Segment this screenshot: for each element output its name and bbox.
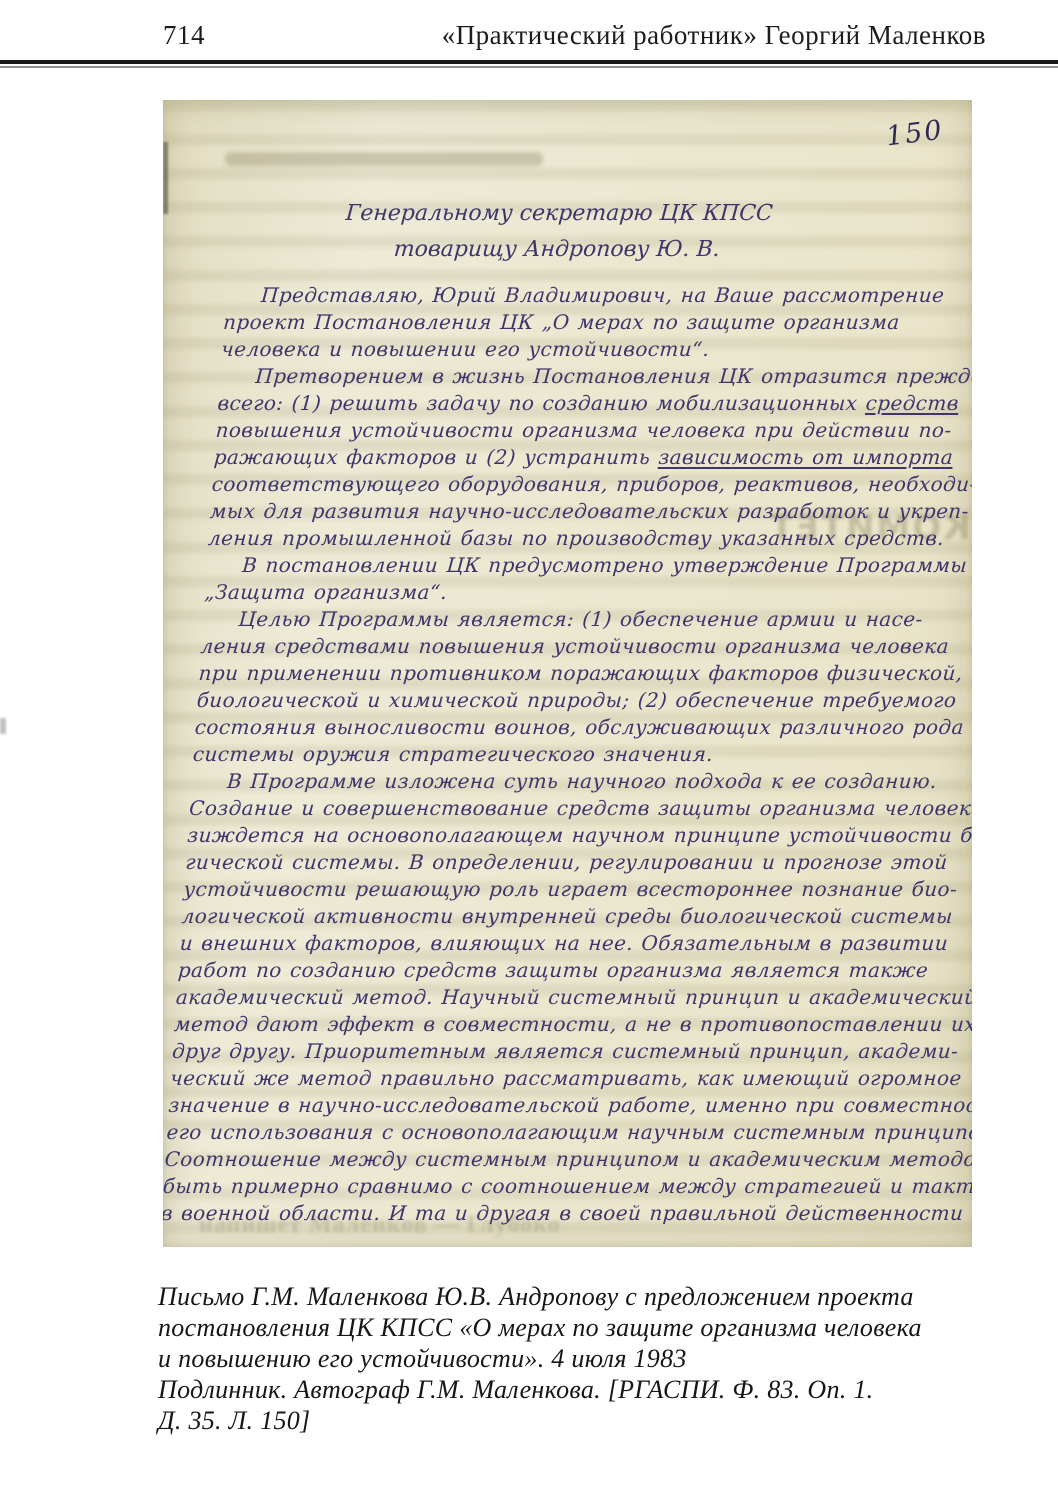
manuscript-line: Создание и совершенствование средств защ… bbox=[188, 795, 953, 822]
manuscript-line: биологической и химической природы; (2) … bbox=[196, 687, 961, 714]
manuscript-line: В постановлении ЦК предусмотрено утвержд… bbox=[205, 552, 970, 579]
manuscript-line: метод дают эффект в совместности, а не в… bbox=[173, 1011, 938, 1038]
manuscript-line: состояния выносливости воинов, обслужива… bbox=[194, 714, 959, 741]
manuscript-line: зиждется на основополагающем научном при… bbox=[186, 822, 951, 849]
manuscript-line: Претворением в жизнь Постановления ЦК от… bbox=[218, 363, 972, 390]
figure-caption: Письмо Г.М. Маленкова Ю.В. Андропову с п… bbox=[158, 1281, 1038, 1436]
manuscript-line: быть примерно сравнимо с соотношением ме… bbox=[163, 1173, 927, 1200]
address-line: товарищу Андропову Ю. В. bbox=[270, 232, 843, 268]
manuscript-line: ления средствами повышения устойчивости … bbox=[200, 633, 965, 660]
manuscript-line: всего: (1) решить задачу по созданию моб… bbox=[217, 390, 972, 417]
manuscript-line: логической активности внутренней среды б… bbox=[181, 903, 946, 930]
manuscript-line: устойчивости решающую роль играет всесто… bbox=[183, 876, 948, 903]
header-rule bbox=[0, 60, 1058, 70]
manuscript-line: мых для развития научно-исследовательски… bbox=[209, 498, 972, 525]
manuscript-line: при применении противником поражающих фа… bbox=[198, 660, 963, 687]
caption-line: Подлинник. Автограф Г.М. Маленкова. [РГА… bbox=[158, 1374, 1038, 1405]
caption-line: Д. 35. Л. 150] bbox=[158, 1405, 1038, 1436]
manuscript-line: системы оружия стратегического значения. bbox=[192, 741, 957, 768]
caption-line: Письмо Г.М. Маленкова Ю.В. Андропову с п… bbox=[158, 1281, 1038, 1312]
manuscript-photo: КОМИТЕТ напишет Маленков — Глубоко 150 Г… bbox=[163, 100, 972, 1247]
letter-address-block: Генеральному секретарю ЦК КПСС товарищу … bbox=[270, 196, 845, 268]
scan-edge-artifact bbox=[163, 142, 168, 214]
manuscript-line: повышения устойчивости организма человек… bbox=[215, 417, 972, 444]
page-number: 714 bbox=[163, 20, 205, 51]
manuscript-line: ления промышленной базы по производству … bbox=[207, 525, 972, 552]
manuscript-line: ражающих факторов и (2) устранить зависи… bbox=[213, 444, 972, 471]
manuscript-line: работ по созданию средств защиты организ… bbox=[177, 957, 942, 984]
caption-line: постановления ЦК КПСС «О мерах по защите… bbox=[158, 1312, 1038, 1343]
manuscript-line: и внешних факторов, влияющих на нее. Обя… bbox=[179, 930, 944, 957]
manuscript-line: друг другу. Приоритетным является систем… bbox=[171, 1038, 936, 1065]
manuscript-line: „Защита организма“. bbox=[203, 579, 968, 606]
manuscript-line: ческий же метод правильно рассматривать,… bbox=[169, 1065, 934, 1092]
manuscript-line: гической системы. В определении, регулир… bbox=[185, 849, 950, 876]
running-title: «Практический работник» Георгий Маленков bbox=[442, 20, 986, 51]
manuscript-line: Целью Программы является: (1) обеспечени… bbox=[201, 606, 966, 633]
manuscript-line: в военной области. И та и другая в своей… bbox=[163, 1200, 925, 1227]
manuscript-line: его использования с основополагающим нау… bbox=[166, 1119, 931, 1146]
bleed-through-smudge bbox=[225, 152, 543, 166]
manuscript-line: соответствующего оборудования, приборов,… bbox=[211, 471, 972, 498]
manuscript-body: Представляю, Юрий Владимирович, на Ваше … bbox=[163, 282, 972, 1227]
manuscript-line: человека и повышении его устойчивости“. bbox=[220, 336, 972, 363]
manuscript-line: значение в научно-исследовательской рабо… bbox=[168, 1092, 933, 1119]
manuscript-line: Представляю, Юрий Владимирович, на Ваше … bbox=[224, 282, 972, 309]
manuscript-line: Соотношение между системным принципом и … bbox=[164, 1146, 929, 1173]
caption-line: и повышению его устойчивости». 4 июля 19… bbox=[158, 1343, 1038, 1374]
manuscript-line: В Программе изложена суть научного подхо… bbox=[190, 768, 955, 795]
page-margin-artifact bbox=[0, 718, 6, 734]
address-line: Генеральному секретарю ЦК КПСС bbox=[273, 196, 846, 232]
manuscript-line: проект Постановления ЦК „О мерах по защи… bbox=[222, 309, 972, 336]
running-head: 714 «Практический работник» Георгий Мале… bbox=[163, 20, 986, 51]
manuscript-line: академический метод. Научный системный п… bbox=[175, 984, 940, 1011]
